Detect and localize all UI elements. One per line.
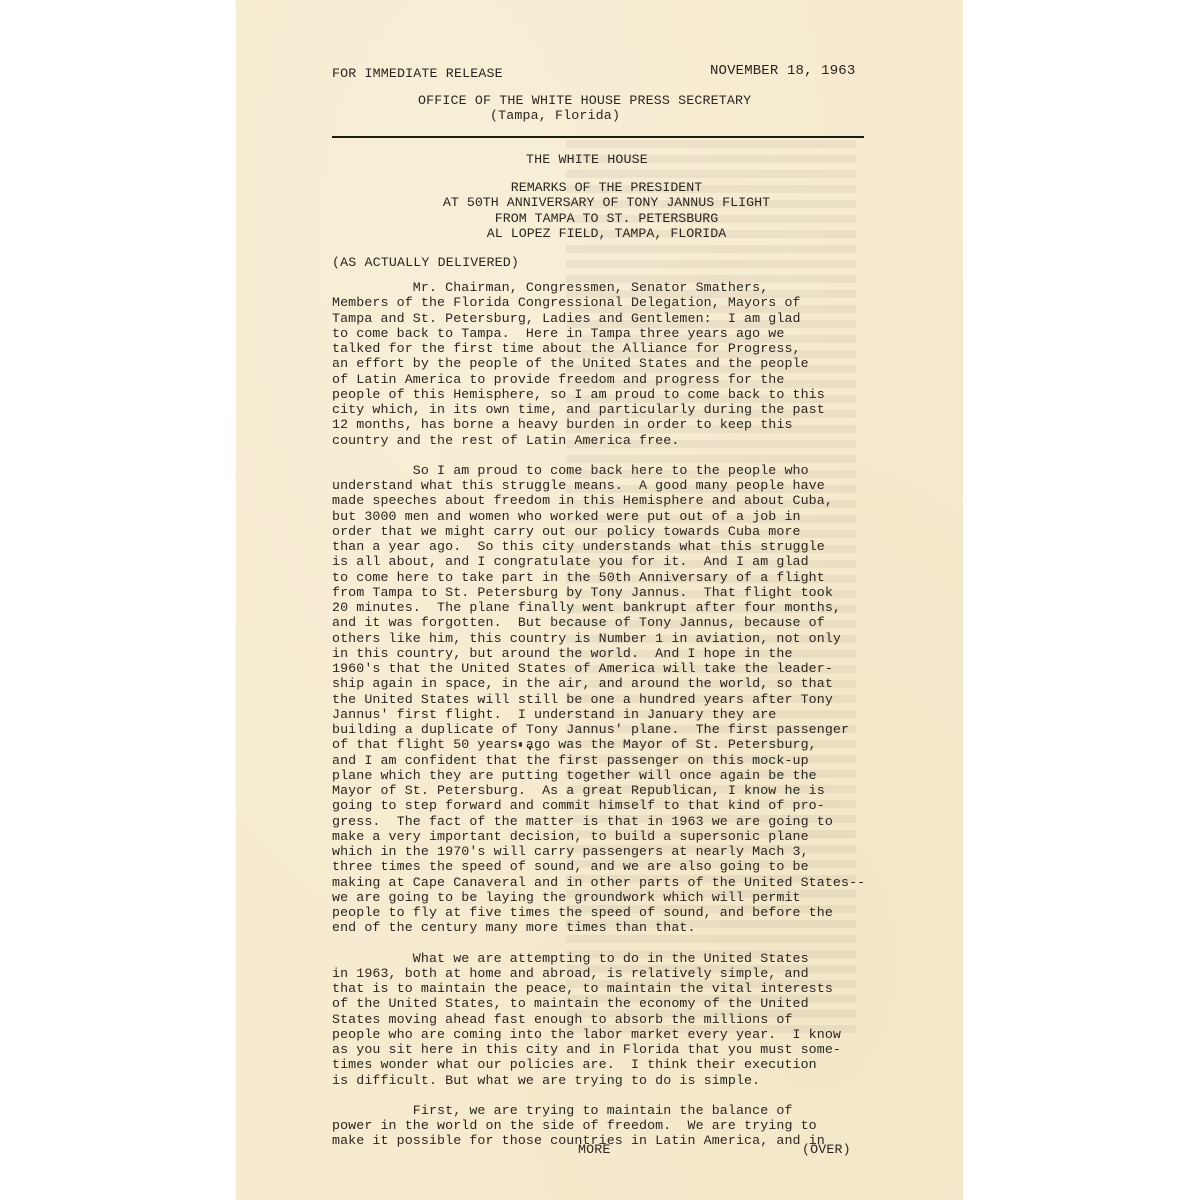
release-label: FOR IMMEDIATE RELEASE xyxy=(332,66,503,81)
text-line: States moving ahead fast enough to absor… xyxy=(332,1012,972,1027)
text-line: order that we might carry out our policy… xyxy=(332,524,972,539)
text-line: times wonder what our policies are. I th… xyxy=(332,1057,972,1072)
text-line: Mr. Chairman, Congressmen, Senator Smath… xyxy=(332,280,972,295)
text-line: made speeches about freedom in this Hemi… xyxy=(332,493,972,508)
title-line: AL LOPEZ FIELD, TAMPA, FLORIDA xyxy=(236,226,963,241)
text-line: Jannus' first flight. I understand in Ja… xyxy=(332,707,972,722)
speech-paragraph: What we are attempting to do in the Unit… xyxy=(332,951,972,1088)
text-line: gress. The fact of the matter is that in… xyxy=(332,814,972,829)
text-line: Tampa and St. Petersburg, Ladies and Gen… xyxy=(332,311,972,326)
text-line: people who are coming into the labor mar… xyxy=(332,1027,972,1042)
text-line: making at Cape Canaveral and in other pa… xyxy=(332,875,972,890)
office-title: OFFICE OF THE WHITE HOUSE PRESS SECRETAR… xyxy=(418,93,751,108)
speech-paragraph: Mr. Chairman, Congressmen, Senator Smath… xyxy=(332,280,972,448)
text-line: 1960's that the United States of America… xyxy=(332,661,972,676)
text-line: 12 months, has borne a heavy burden in o… xyxy=(332,417,972,432)
text-line: is difficult. But what we are trying to … xyxy=(332,1073,972,1088)
press-release-page: FOR IMMEDIATE RELEASE NOVEMBER 18, 1963 … xyxy=(236,0,963,1200)
text-line: ship again in space, in the air, and aro… xyxy=(332,676,972,691)
title-line: AT 50TH ANNIVERSARY OF TONY JANNUS FLIGH… xyxy=(236,195,963,210)
text-line: end of the century many more times than … xyxy=(332,920,972,935)
text-line: which in the 1970's will carry passenger… xyxy=(332,844,972,859)
text-line: others like him, this country is Number … xyxy=(332,631,972,646)
text-line: Members of the Florida Congressional Del… xyxy=(332,295,972,310)
text-line: talked for the first time about the Alli… xyxy=(332,341,972,356)
text-line: from Tampa to St. Petersburg by Tony Jan… xyxy=(332,585,972,600)
speech-title: REMARKS OF THE PRESIDENT AT 50TH ANNIVER… xyxy=(236,180,963,241)
speech-body: Mr. Chairman, Congressmen, Senator Smath… xyxy=(332,280,972,1164)
release-date: NOVEMBER 18, 1963 xyxy=(710,64,855,79)
ink-mark xyxy=(529,746,531,750)
text-line: to come back to Tampa. Here in Tampa thr… xyxy=(332,326,972,341)
speech-paragraph: First, we are trying to maintain the bal… xyxy=(332,1103,972,1149)
text-line: and I am confident that the first passen… xyxy=(332,753,972,768)
speech-paragraph: So I am proud to come back here to the p… xyxy=(332,463,972,936)
text-line: city which, in its own time, and particu… xyxy=(332,402,972,417)
text-line: people to fly at five times the speed of… xyxy=(332,905,972,920)
text-line: country and the rest of Latin America fr… xyxy=(332,433,972,448)
text-line: and it was forgotten. But because of Ton… xyxy=(332,615,972,630)
text-line: So I am proud to come back here to the p… xyxy=(332,463,972,478)
text-line: we are going to be laying the groundwork… xyxy=(332,890,972,905)
text-line: of Latin America to provide freedom and … xyxy=(332,372,972,387)
text-line: What we are attempting to do in the Unit… xyxy=(332,951,972,966)
text-line: of that flight 50 years ago was the Mayo… xyxy=(332,737,972,752)
text-line: plane which they are putting together wi… xyxy=(332,768,972,783)
text-line: Mayor of St. Petersburg. As a great Repu… xyxy=(332,783,972,798)
delivery-note: (AS ACTUALLY DELIVERED) xyxy=(332,255,519,270)
text-line: in this country, but around the world. A… xyxy=(332,646,972,661)
text-line: but 3000 men and women who worked were p… xyxy=(332,509,972,524)
text-line: three times the speed of sound, and we a… xyxy=(332,859,972,874)
more-indicator: MORE xyxy=(578,1142,611,1157)
text-line: people of this Hemisphere, so I am proud… xyxy=(332,387,972,402)
text-line: power in the world on the side of freedo… xyxy=(332,1118,972,1133)
text-line: make it possible for those countries in … xyxy=(332,1133,972,1148)
title-line: REMARKS OF THE PRESIDENT xyxy=(236,180,963,195)
text-line: First, we are trying to maintain the bal… xyxy=(332,1103,972,1118)
office-location: (Tampa, Florida) xyxy=(490,108,620,123)
ink-mark xyxy=(519,742,522,747)
text-line: an effort by the people of the United St… xyxy=(332,356,972,371)
text-line: the United States will still be one a hu… xyxy=(332,692,972,707)
text-line: in 1963, both at home and abroad, is rel… xyxy=(332,966,972,981)
text-line: as you sit here in this city and in Flor… xyxy=(332,1042,972,1057)
text-line: understand what this struggle means. A g… xyxy=(332,478,972,493)
text-line: building a duplicate of Tony Jannus' pla… xyxy=(332,722,972,737)
text-line: to come here to take part in the 50th An… xyxy=(332,570,972,585)
text-line: 20 minutes. The plane finally went bankr… xyxy=(332,600,972,615)
institution-heading: THE WHITE HOUSE xyxy=(526,152,648,167)
text-line: going to step forward and commit himself… xyxy=(332,798,972,813)
text-line: of the United States, to maintain the ec… xyxy=(332,996,972,1011)
text-line: than a year ago. So this city understand… xyxy=(332,539,972,554)
header-divider xyxy=(332,136,864,138)
over-indicator: (OVER) xyxy=(802,1142,851,1157)
text-line: make a very important decision, to build… xyxy=(332,829,972,844)
text-line: is all about, and I congratulate you for… xyxy=(332,554,972,569)
text-line: that is to maintain the peace, to mainta… xyxy=(332,981,972,996)
title-line: FROM TAMPA TO ST. PETERSBURG xyxy=(236,211,963,226)
